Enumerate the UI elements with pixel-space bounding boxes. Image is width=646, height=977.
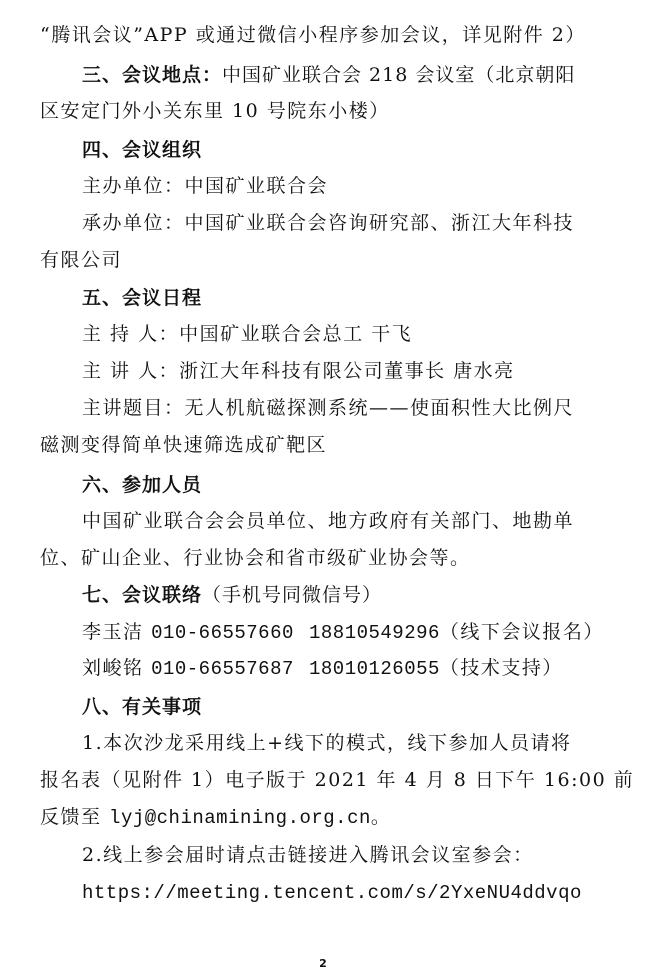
participants-text-cont: 位、矿山企业、行业协会和省市级矿业协会等。 <box>40 545 610 571</box>
contact-mobile: 18010126055 <box>309 658 440 680</box>
contact-mobile: 18810549296 <box>309 622 440 644</box>
matters-heading: 八、有关事项 <box>82 694 646 720</box>
speaker: 主 讲 人：浙江大年科技有限公司董事长 唐水亮 <box>82 358 646 384</box>
contact-name: 李玉洁 <box>82 621 144 643</box>
matter-2: 2.线上参会届时请点击链接进入腾讯会议室参会： <box>82 842 646 868</box>
contact-heading: 七、会议联络 <box>82 584 202 606</box>
topic-cont: 磁测变得简单快速筛选成矿靶区 <box>40 432 610 458</box>
venue-text-cont: 区安定门外小关东里 10 号院东小楼） <box>40 98 610 124</box>
participants-heading: 六、参加人员 <box>82 472 646 498</box>
contact-name: 刘峻铭 <box>82 657 144 679</box>
venue-heading: 三、会议地点： <box>82 64 222 86</box>
venue-line: 三、会议地点：中国矿业联合会 218 会议室（北京朝阳 <box>82 62 646 88</box>
venue-text: 中国矿业联合会 218 会议室（北京朝阳 <box>222 64 575 86</box>
topic: 主讲题目：无人机航磁探测系统——使面积性大比例尺 <box>82 395 646 421</box>
moderator: 主 持 人：中国矿业联合会总工 干飞 <box>82 321 646 347</box>
contact-row: 刘峻铭 010-66557687 18010126055（技术支持） <box>82 655 646 681</box>
email-link[interactable]: lyj@chinamining.org.cn <box>109 807 371 829</box>
contact-phone: 010-66557687 <box>151 658 294 680</box>
contact-role: （线下会议报名） <box>440 621 604 643</box>
document-page: “腾讯会议”APP 或通过微信小程序参加会议，详见附件 2） 三、会议地点：中国… <box>0 0 646 977</box>
matter-1: 1.本次沙龙采用线上+线下的模式，线下参加人员请将 <box>82 730 646 756</box>
participants-text: 中国矿业联合会会员单位、地方政府有关部门、地勘单 <box>82 508 646 534</box>
host-org: 主办单位：中国矿业联合会 <box>82 173 646 199</box>
intro-continuation: “腾讯会议”APP 或通过微信小程序参加会议，详见附件 2） <box>40 22 610 48</box>
contact-line: 七、会议联络（手机号同微信号） <box>82 582 646 608</box>
page-number: 2 <box>0 957 646 970</box>
organization-heading: 四、会议组织 <box>82 137 646 163</box>
organizer-cont: 有限公司 <box>40 247 610 273</box>
matter-1-email-line: 反馈至 lyj@chinamining.org.cn。 <box>40 804 610 830</box>
contact-row: 李玉洁 010-66557660 18810549296（线下会议报名） <box>82 619 646 645</box>
email-suffix: 。 <box>371 806 392 828</box>
contact-role: （技术支持） <box>440 657 563 679</box>
email-prefix: 反馈至 <box>40 806 109 828</box>
contact-phone: 010-66557660 <box>151 622 294 644</box>
schedule-heading: 五、会议日程 <box>82 285 646 311</box>
meeting-url-link[interactable]: https://meeting.tencent.com/s/2YxeNU4ddv… <box>82 882 582 904</box>
organizer: 承办单位：中国矿业联合会咨询研究部、浙江大年科技 <box>82 210 646 236</box>
contact-note: （手机号同微信号） <box>202 584 382 606</box>
meeting-url-line: https://meeting.tencent.com/s/2YxeNU4ddv… <box>82 879 646 905</box>
matter-1-cont: 报名表（见附件 1）电子版于 2021 年 4 月 8 日下午 16:00 前 <box>40 767 610 793</box>
